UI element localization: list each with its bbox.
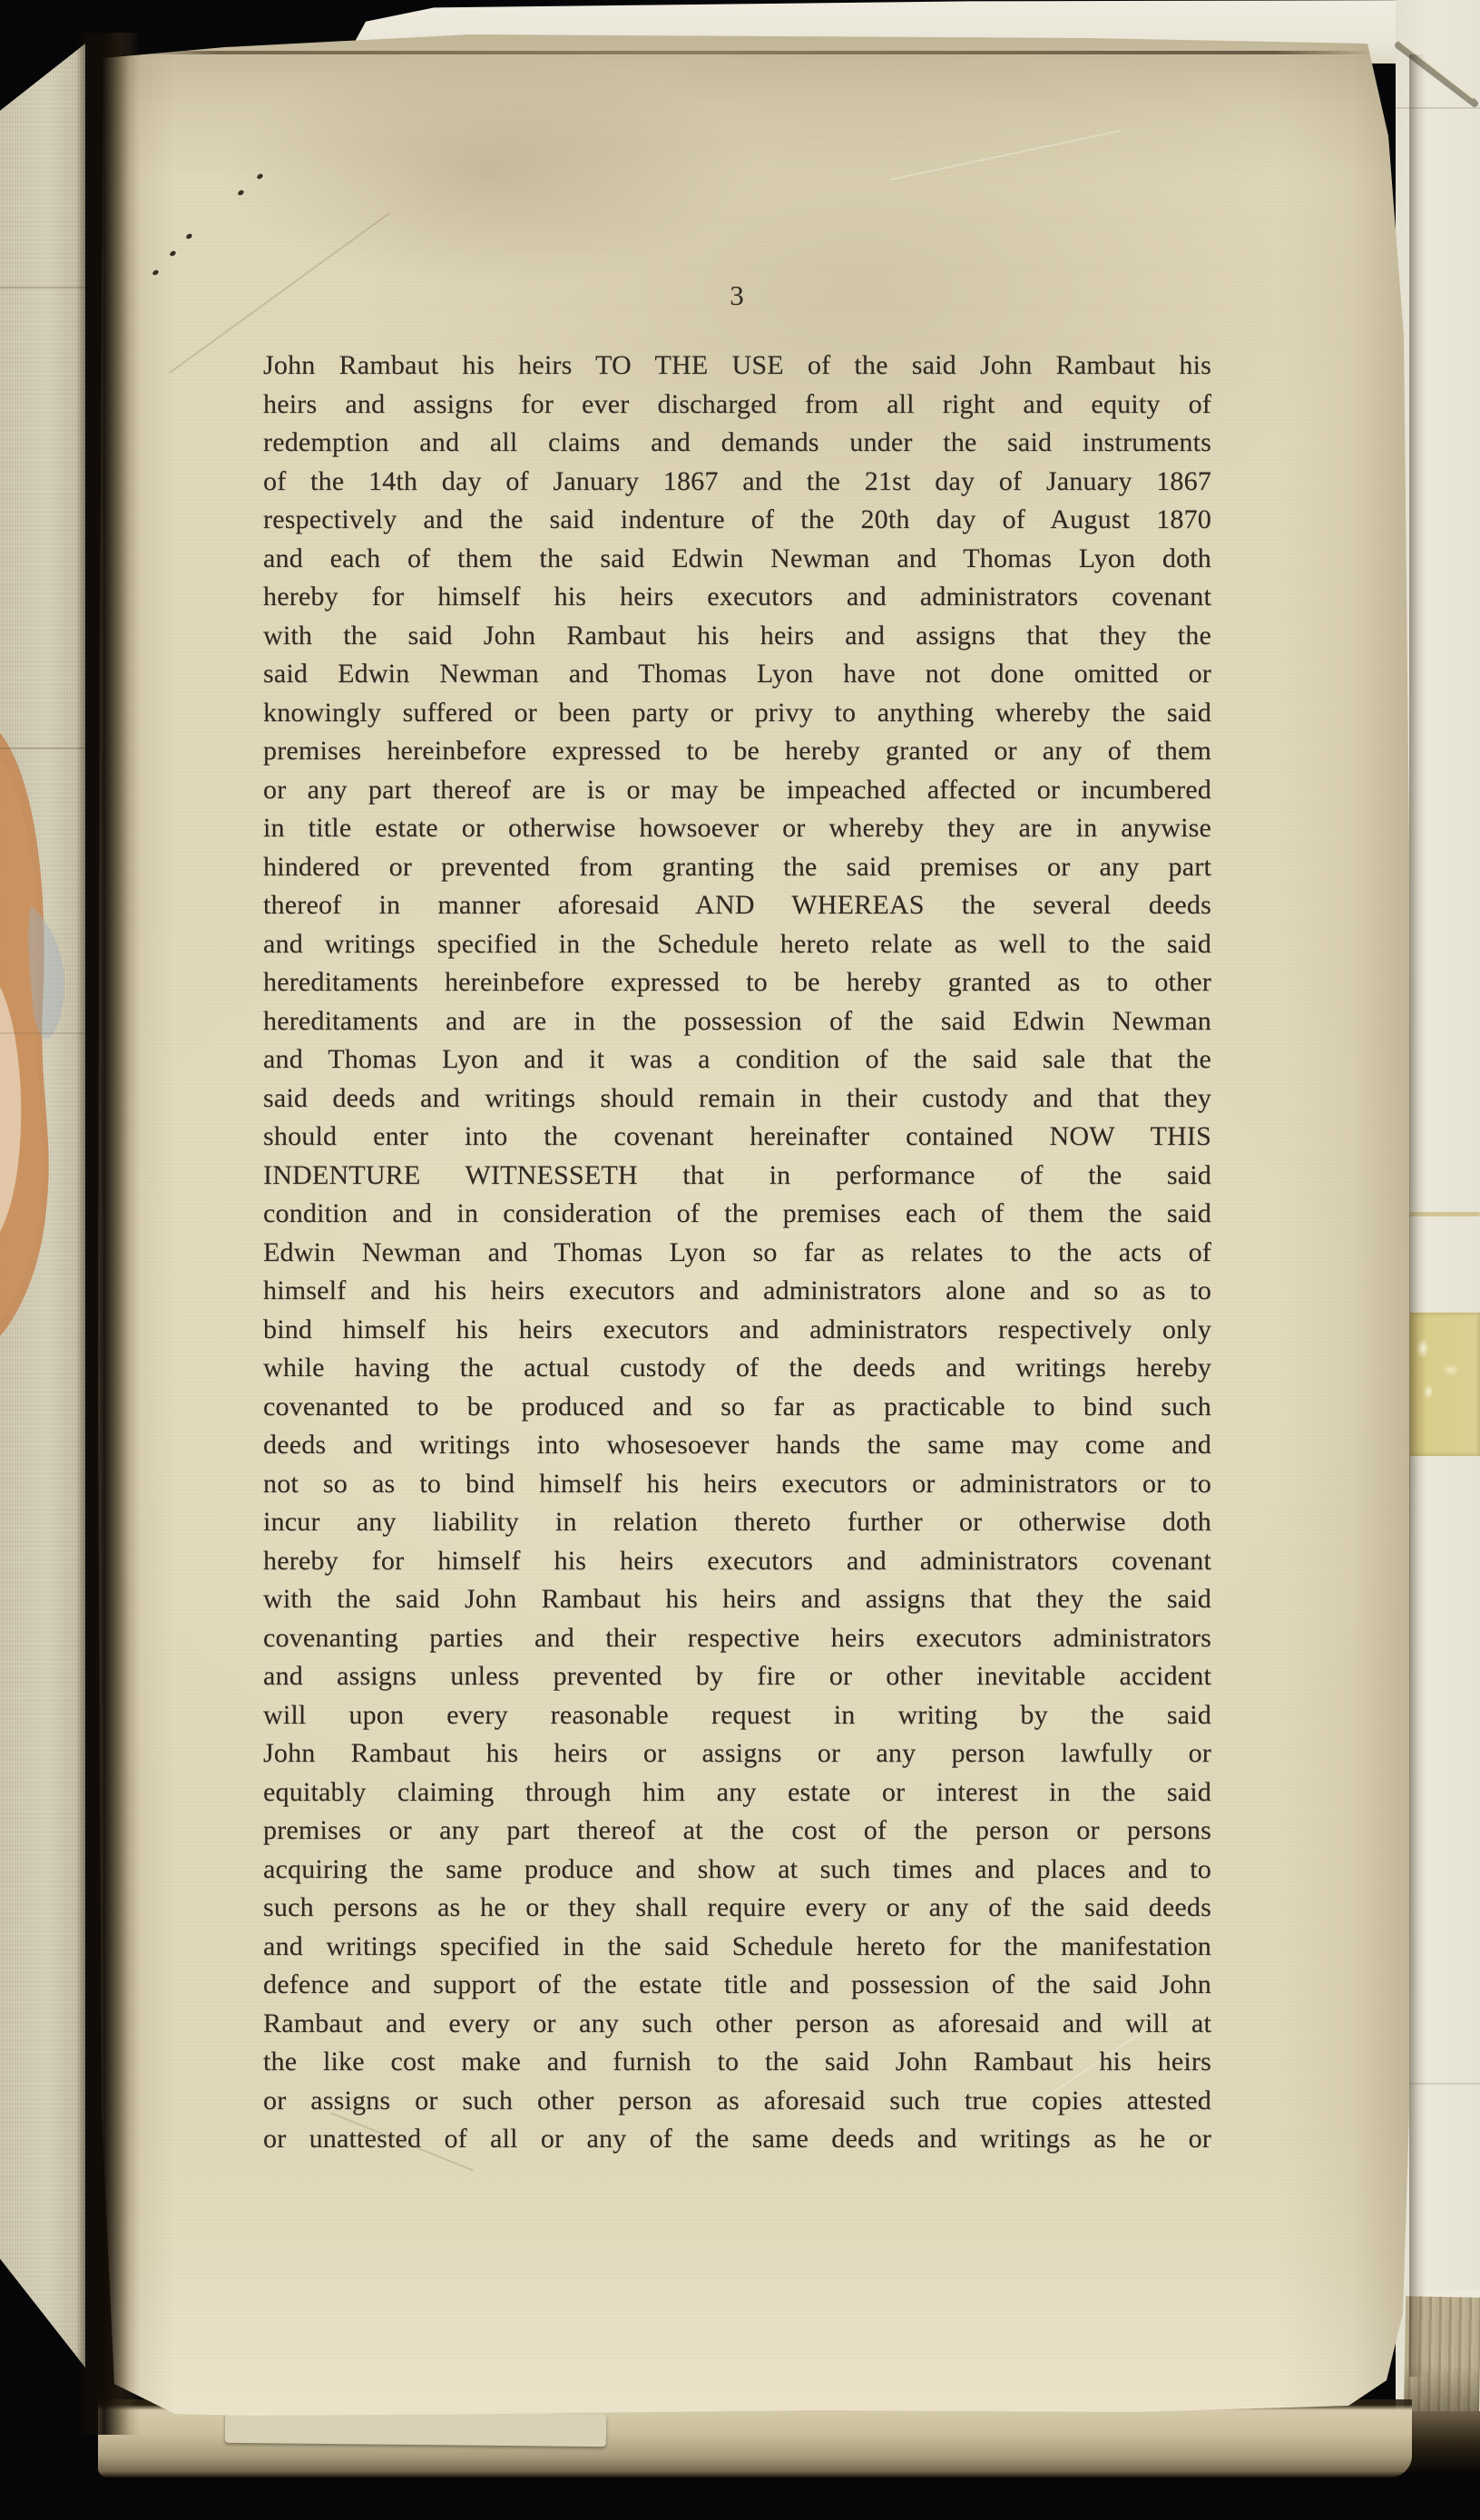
text-line: hereby for himself his heirs executors a… [263,1542,1211,1581]
page-number: 3 [263,279,1211,312]
text-line: or any part thereof are is or may be imp… [263,771,1211,810]
text-line: John Rambaut his heirs or assigns or any… [263,1734,1211,1773]
text-line: respectively and the said indenture of t… [263,501,1211,540]
text-line: said Edwin Newman and Thomas Lyon have n… [263,655,1211,694]
text-line: hereditaments and are in the possession … [263,1002,1211,1041]
stitch-hole [169,250,177,258]
binding-cloth-edge [0,44,85,2375]
text-line: bind himself his heirs executors and adm… [263,1311,1211,1350]
marbled-cloth-pattern [0,44,85,2375]
text-line: covenanting parties and their respective… [263,1619,1211,1658]
document-page: 3 John Rambaut his heirs TO THE USE of t… [89,27,1416,2427]
text-line: and each of them the said Edwin Newman a… [263,540,1211,579]
cloth-seam [0,1032,85,1034]
page-top-edge-shadow [129,51,1374,54]
text-line: while having the actual custody of the d… [263,1349,1211,1388]
text-line: hindered or prevented from granting the … [263,848,1211,887]
document-text: John Rambaut his heirs TO THE USE of the… [263,347,1211,2159]
stitch-hole [256,173,264,181]
text-line: and assigns unless prevented by fire or … [263,1657,1211,1696]
text-line: should enter into the covenant hereinaft… [263,1118,1211,1157]
protruding-sheet [225,2410,606,2447]
text-line: not so as to bind himself his heirs exec… [263,1465,1211,1504]
text-line: or unattested of all or any of the same … [263,2120,1211,2159]
text-line: Rambaut and every or any such other pers… [263,2005,1211,2044]
text-line: defence and support of the estate title … [263,1966,1211,2005]
text-line: said deeds and writings should remain in… [263,1079,1211,1118]
text-line: the like cost make and furnish to the sa… [263,2043,1211,2082]
text-line: acquiring the same produce and show at s… [263,1851,1211,1890]
text-line: of the 14th day of January 1867 and the … [263,463,1211,502]
text-line: hereditaments hereinbefore expressed to … [263,963,1211,1002]
gutter-shadow [76,33,140,2435]
photographed-ledger-page: 3 John Rambaut his heirs TO THE USE of t… [0,0,1480,2520]
text-line: incur any liability in relation thereto … [263,1503,1211,1542]
text-line: and Thomas Lyon and it was a condition o… [263,1040,1211,1079]
text-line: INDENTURE WITNESSETH that in performance… [263,1157,1211,1196]
page-edge-shadow [1409,54,1426,2377]
text-line: premises or any part thereof at the cost… [263,1812,1211,1851]
text-line: equitably claiming through him any estat… [263,1773,1211,1812]
text-line: premises hereinbefore expressed to be he… [263,732,1211,771]
stitch-hole [237,190,245,197]
text-line: condition and in consideration of the pr… [263,1195,1211,1234]
text-line: in title estate or otherwise howsoever o… [263,809,1211,848]
text-line: hereby for himself his heirs executors a… [263,578,1211,617]
text-line: John Rambaut his heirs TO THE USE of the… [263,347,1211,386]
text-line: himself and his heirs executors and admi… [263,1272,1211,1311]
text-line: will upon every reasonable request in wr… [263,1696,1211,1735]
cloth-seam [0,747,85,749]
text-line: covenanted to be produced and so far as … [263,1388,1211,1427]
crease-mark [890,130,1122,181]
cloth-seam [0,287,85,288]
text-line: such persons as he or they shall require… [263,1889,1211,1928]
text-line: with the said John Rambaut his heirs and… [263,1580,1211,1619]
text-line: heirs and assigns for ever discharged fr… [263,386,1211,425]
stitch-hole [152,269,160,277]
text-line: Edwin Newman and Thomas Lyon so far as r… [263,1234,1211,1273]
stitch-hole [185,233,193,240]
text-line: thereof in manner aforesaid AND WHEREAS … [263,886,1211,925]
text-line: with the said John Rambaut his heirs and… [263,617,1211,656]
text-line: and writings specified in the Schedule h… [263,925,1211,964]
text-line: and writings specified in the said Sched… [263,1928,1211,1967]
text-line: knowingly suffered or been party or priv… [263,694,1211,733]
text-line: redemption and all claims and demands un… [263,424,1211,463]
text-line: or assigns or such other person as afore… [263,2082,1211,2121]
text-line: deeds and writings into whosesoever hand… [263,1426,1211,1465]
